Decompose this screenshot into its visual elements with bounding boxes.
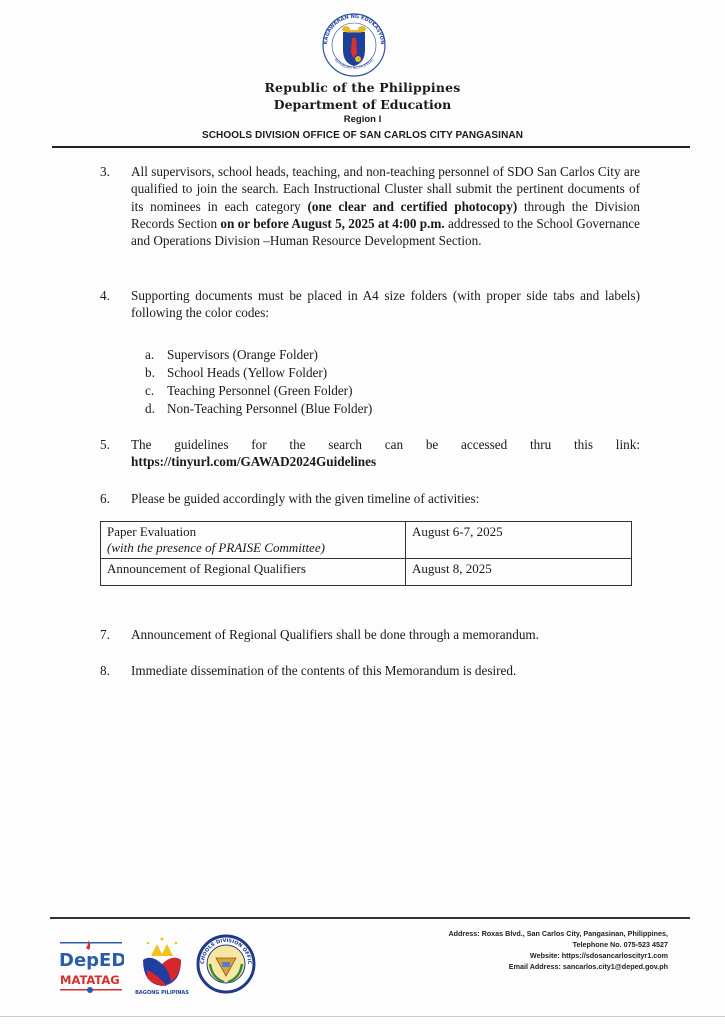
item-number: 5. (100, 436, 130, 453)
item-number: 3. (100, 163, 130, 180)
memo-item-5: 5. The guidelines for the search can be … (100, 436, 640, 471)
svg-text:MATATAG: MATATAG (60, 973, 120, 987)
item-text: Immediate dissemination of the contents … (131, 662, 640, 679)
svg-text:DepED: DepED (59, 950, 124, 971)
memo-item-3: 3. All supervisors, school heads, teachi… (100, 163, 640, 249)
footer-divider (50, 917, 690, 919)
footer-email[interactable]: Email Address: sancarlos.city1@deped.gov… (448, 961, 668, 972)
color-code-item: b.School Heads (Yellow Folder) (145, 364, 327, 381)
bagong-pilipinas-logo: BAGONG PILIPINAS (133, 934, 191, 996)
color-code-item: a.Supervisors (Orange Folder) (145, 346, 318, 363)
timeline-table: Paper Evaluation (with the presence of P… (100, 521, 632, 586)
footer-contact-info: Address: Roxas Blvd., San Carlos City, P… (448, 928, 668, 972)
table-row: Announcement of Regional Qualifiers Augu… (101, 559, 632, 586)
color-code-text: Non-Teaching Personnel (Blue Folder) (167, 401, 372, 416)
color-code-letter: c. (145, 382, 167, 399)
table-row: Paper Evaluation (with the presence of P… (101, 522, 632, 559)
date-cell: August 6-7, 2025 (406, 522, 632, 559)
color-code-letter: b. (145, 364, 167, 381)
footer-address: Address: Roxas Blvd., San Carlos City, P… (448, 928, 668, 939)
activity-name: Paper Evaluation (107, 524, 399, 540)
activity-cell: Paper Evaluation (with the presence of P… (101, 522, 406, 559)
deped-matatag-logo: DepED MATATAG (58, 936, 124, 998)
deped-seal-logo: KAGAWARAN NG EDUKASYON REPUBLIKA NG PILI… (313, 8, 395, 80)
footer-website[interactable]: Website: https://sdosancarloscityr1.com (448, 950, 668, 961)
memo-item-8: 8. Immediate dissemination of the conten… (100, 662, 640, 679)
item-number: 8. (100, 662, 130, 679)
color-code-item: d.Non-Teaching Personnel (Blue Folder) (145, 400, 372, 417)
memo-item-6: 6. Please be guided accordingly with the… (100, 490, 640, 507)
sdo-seal-logo: SCHOOLS DIVISION OFFICE (196, 934, 256, 994)
item-number: 4. (100, 287, 130, 304)
date-cell: August 8, 2025 (406, 559, 632, 586)
item-text: Announcement of Regional Qualifiers shal… (131, 626, 640, 643)
color-code-text: Teaching Personnel (Green Folder) (167, 383, 352, 398)
memo-item-4: 4. Supporting documents must be placed i… (100, 287, 640, 322)
item-number: 6. (100, 490, 130, 507)
color-code-letter: a. (145, 346, 167, 363)
svg-text:BAGONG PILIPINAS: BAGONG PILIPINAS (135, 990, 189, 996)
item-text: Please be guided accordingly with the gi… (131, 490, 640, 507)
header-divider (52, 146, 690, 148)
item-text: Supporting documents must be placed in A… (131, 287, 640, 322)
color-code-letter: d. (145, 400, 167, 417)
item-text: The guidelines for the search can be acc… (131, 436, 640, 471)
header-region: Region I (0, 114, 725, 125)
item-number: 7. (100, 626, 130, 643)
header-republic: Republic of the Philippines (0, 80, 725, 95)
activity-name: Announcement of Regional Qualifiers (107, 561, 399, 577)
memo-item-7: 7. Announcement of Regional Qualifiers s… (100, 626, 640, 643)
activity-note: (with the presence of PRAISE Committee) (107, 540, 399, 556)
activity-cell: Announcement of Regional Qualifiers (101, 559, 406, 586)
header-department: Department of Education (0, 97, 725, 112)
footer-telephone: Telephone No. 075-523 4527 (448, 939, 668, 950)
color-code-text: Supervisors (Orange Folder) (167, 347, 318, 362)
item-text: All supervisors, school heads, teaching,… (131, 163, 640, 249)
color-code-text: School Heads (Yellow Folder) (167, 365, 327, 380)
page-edge-line (0, 1016, 725, 1017)
color-code-item: c.Teaching Personnel (Green Folder) (145, 382, 352, 399)
header-office: SCHOOLS DIVISION OFFICE OF SAN CARLOS CI… (0, 130, 725, 141)
